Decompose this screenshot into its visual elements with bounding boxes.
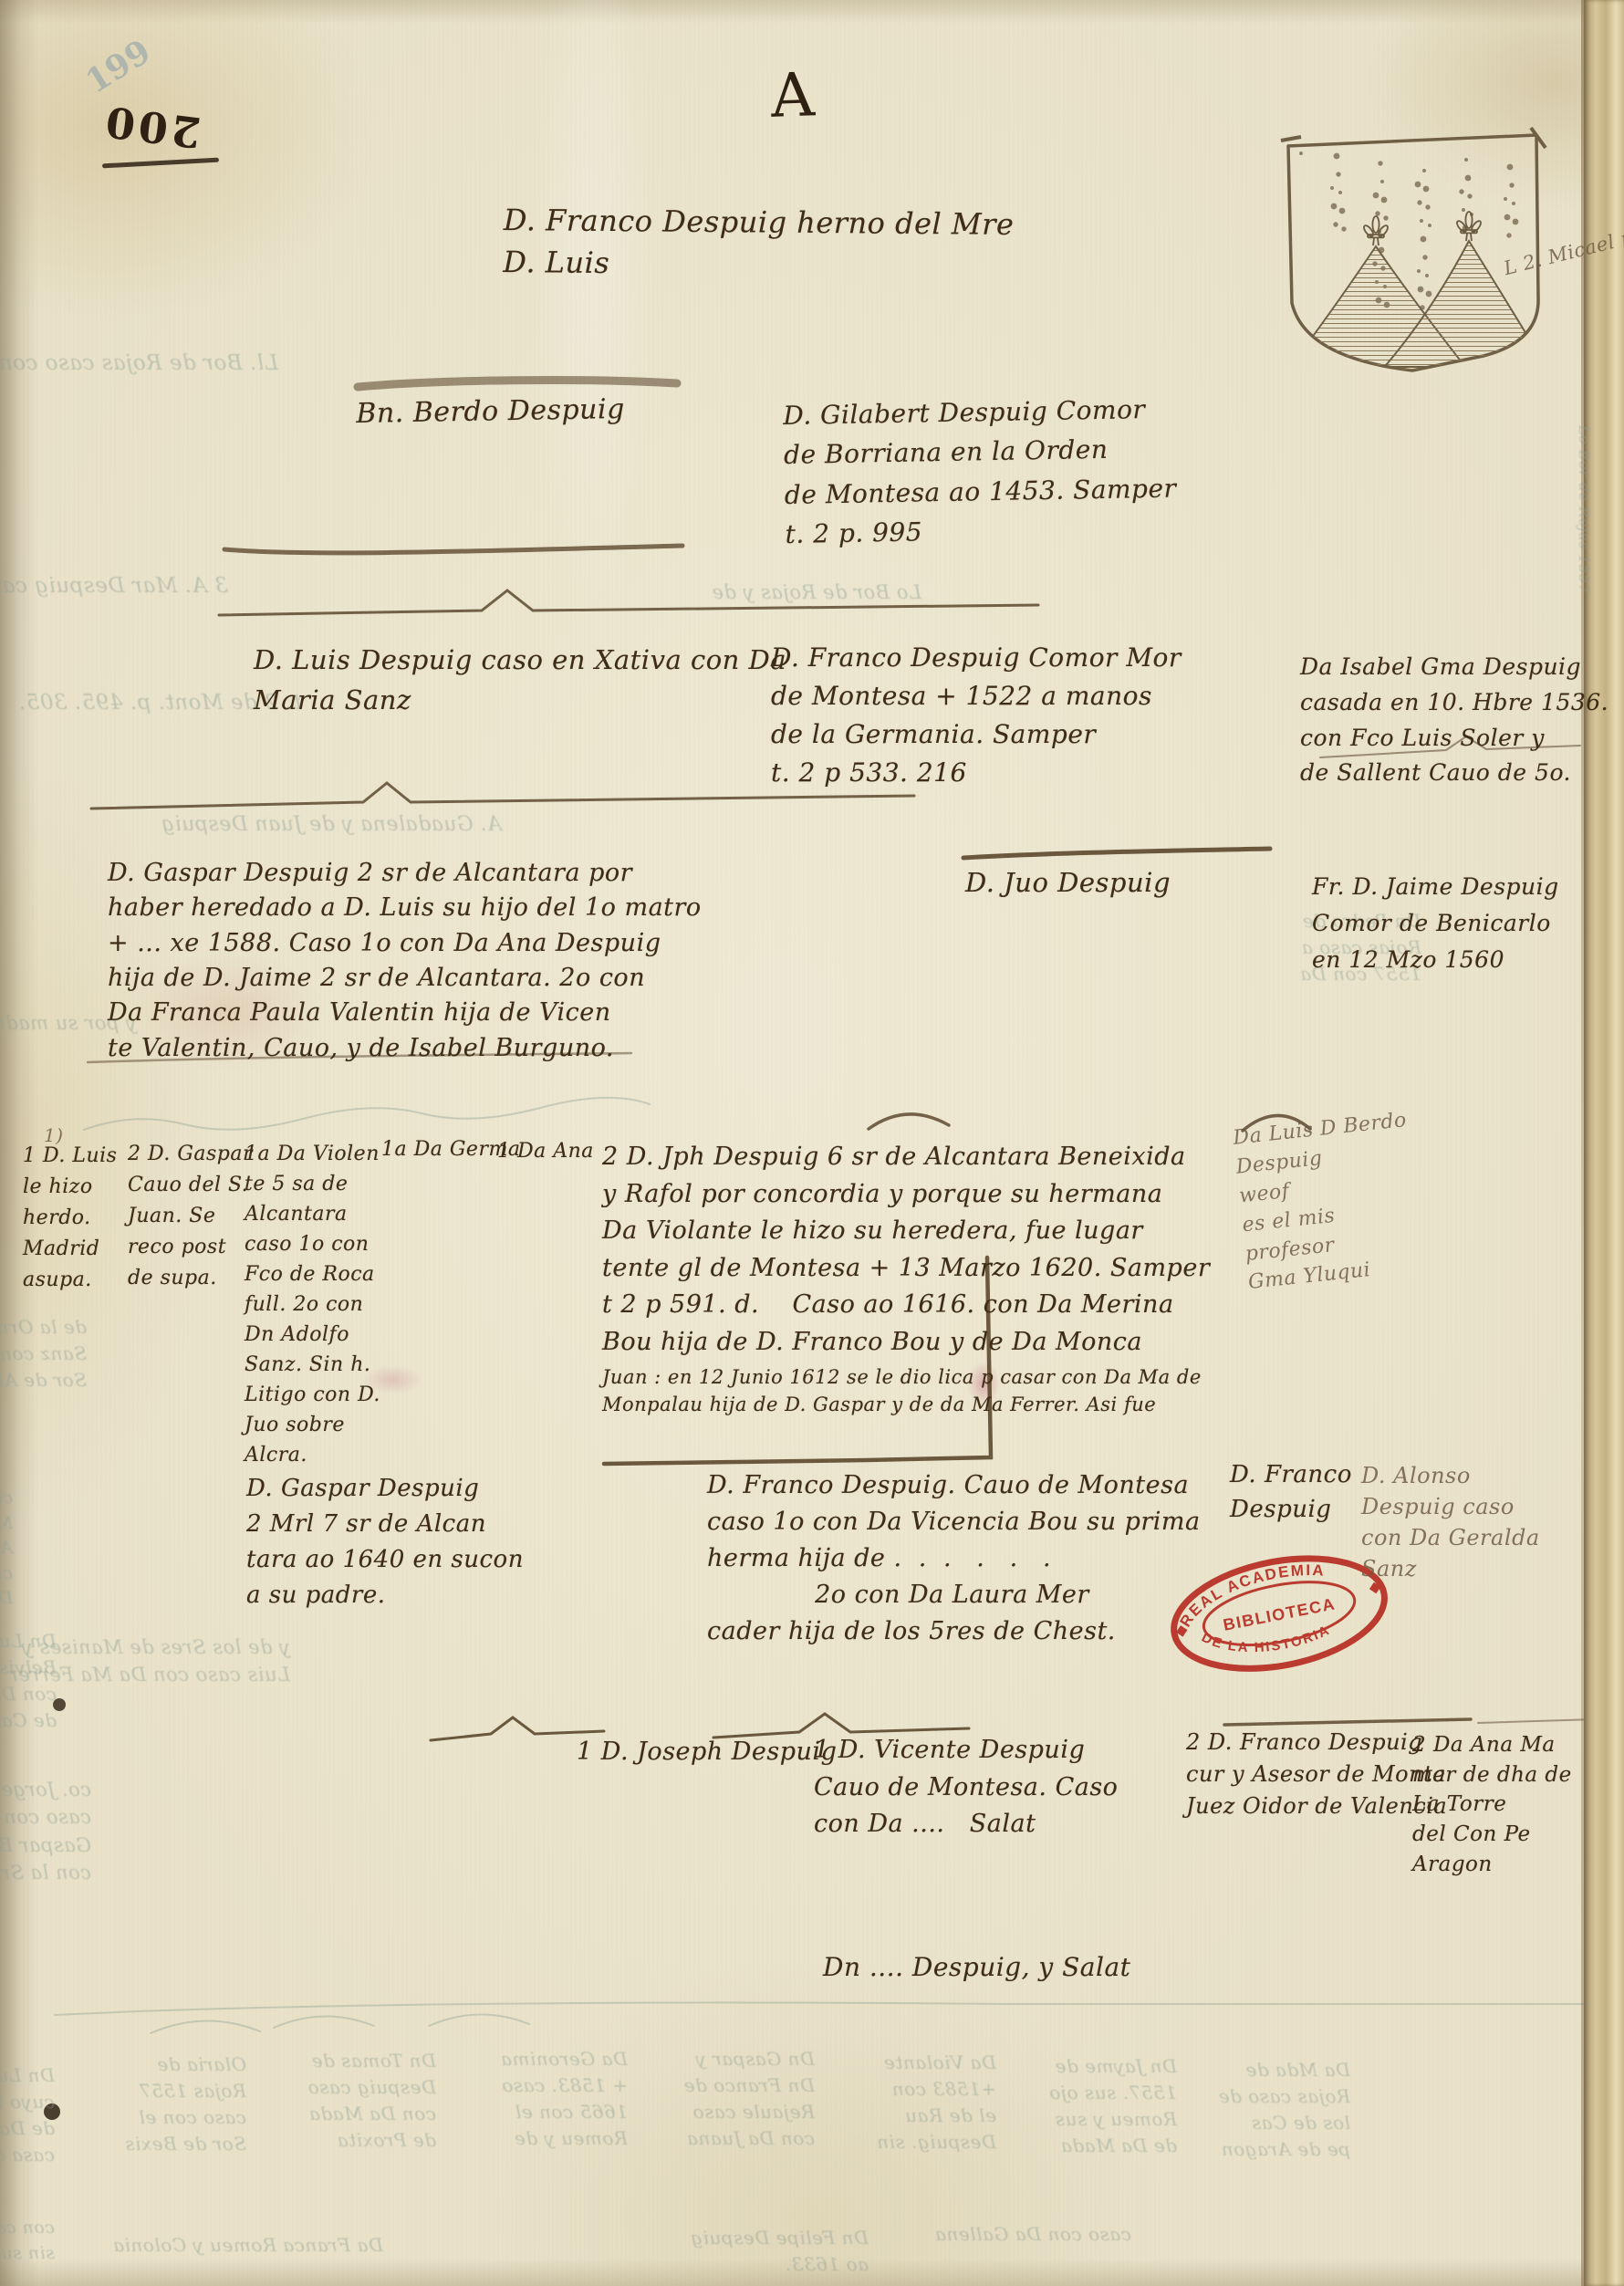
gen4-col2: 2 D. GasparCauo del S.Juan. Sereco postd… — [128, 1139, 245, 1294]
ghost-bottom-7: Dn Jayme de1557. sus ojoRomeu y susde Da… — [1004, 2053, 1177, 2159]
gen4-col4: 1a Da Germa — [381, 1135, 495, 1164]
ghost-belvis: co. Jorge Despuig + 1583.caso con Da Fra… — [0, 1776, 91, 1887]
ghost-binding-note: Lo Bor de Rojas 1557 — [1574, 425, 1595, 544]
margin-mark: 1) — [44, 1122, 80, 1149]
side-note: L 2. Micael p 310. — [1501, 204, 1624, 282]
ghost-bottom-11: con caudalessin subon — [0, 2216, 55, 2266]
gen3-mid: D. Juo Despuig — [965, 863, 1239, 902]
ghost-bottom-3: Dn Tomas deDespuig casocon Da Madade Pro… — [254, 2048, 436, 2154]
folio-number-faint: 199 — [79, 32, 158, 100]
gen4-col1: 1 D. Luisle hizoherdo.Madridasupa. — [23, 1141, 125, 1296]
ghost-bottom-6: Da Violante+1583 conel de RauDespuig. si… — [823, 2050, 996, 2156]
ghost-line-div1b: Lo Bor de Rojas y de — [602, 579, 921, 606]
gen4-col5: 1 Da Ana — [497, 1137, 598, 1166]
gen2-right: Da Isabel Gma Despuigcasada en 10. Hbre … — [1300, 650, 1606, 791]
gen6-col2: 1 D. Vicente DespuigCauo de Montesa. Cas… — [814, 1732, 1151, 1843]
gen2-mid: D. Franco Despuig Comor Morde Montesa + … — [771, 639, 1136, 792]
index-letter: A — [770, 59, 816, 131]
ghost-mid-low: y de los Sres de Manises yLuis caso con … — [0, 1634, 290, 1689]
page-edge-line — [1581, 0, 1584, 2286]
fleur-de-lis-icon — [1362, 212, 1483, 245]
ghost-bottom-9: Da Franca Romeu y Colonia — [91, 2232, 383, 2259]
ghost-col-left: caso deMexia yAragoncuyo hijoDn Luis — [0, 1486, 13, 1612]
folio-number: 200 — [99, 97, 203, 158]
gen5-left: D. Gaspar Despuig2 Mrl 7 sr de Alcantara… — [246, 1471, 547, 1613]
ghost-bottom-12: caso con Da Gallena — [912, 2221, 1131, 2248]
gen3-right: Fr. D. Jaime DespuigComor de Benicarloen… — [1312, 869, 1604, 978]
gen7-line: Dn .... Despuig, y Salat — [823, 1949, 1215, 1987]
manuscript-page: 199 200 A D. Franco Despuig herno del Mr… — [0, 0, 1624, 2286]
gen4-main: 2 D. Jph Despuig 6 sr de Alcantara Benei… — [602, 1139, 1232, 1361]
ghost-bottom-4: Da Geronima+ 1583. caso1665 con elRomeu … — [450, 2046, 628, 2152]
gen6-col3: 2 D. Franco Despuigcur y Asesor de Monta… — [1186, 1727, 1451, 1821]
gen3-left: D. Gaspar Despuig 2 sr de Alcantara porh… — [108, 856, 719, 1066]
ghost-bottom-8: Da Mda deRojas caso delos de Caspe de Ar… — [1168, 2057, 1350, 2163]
ghost-line-div1: 3 A. Mar Despuig caso con Lo Mar de — [0, 571, 228, 601]
gen4-col3: 1a Da Violente 5 sa deAlcantaracaso 1o c… — [245, 1139, 372, 1470]
ghost-line-top: Ll. Bor de Rojas caso con Da Beatriz — [0, 349, 278, 379]
page-title: D. Franco Despuig herno del Mre D. Luis — [503, 199, 1015, 288]
gen4-right-faint: Da Luis D BerdoDespuigweofes el misprofe… — [1232, 1104, 1445, 1299]
ghost-mid-left: de la OrnSanz con elSor de Alaq. — [0, 1314, 87, 1394]
ghost-bottom-1: Dn Luis Mexiacuyo la hijade Da Anacasa d… — [0, 2062, 55, 2168]
coat-of-arms-icon — [1274, 102, 1556, 385]
ghost-bottom-2: Olaria deRojas 1557caso con elSor de Bex… — [64, 2051, 246, 2157]
gen6-col4: 2 Da Ana Mamer de dha deLa Torredel Con … — [1412, 1730, 1599, 1879]
gen5-right2: D. AlonsoDespuig casocon Da GeraldaSanz — [1361, 1460, 1571, 1584]
gen5-mid: D. Franco Despuig. Cauo de Montesacaso 1… — [707, 1467, 1245, 1650]
gen4-main-small: Juan : en 12 Junio 1612 se le dio lica p… — [602, 1363, 1241, 1419]
ghost-bottom-5: Dn Gaspar yDn Franco deRejaule casocon D… — [632, 2046, 815, 2152]
gen2-left: D. Luis Despuig caso en Xativa con DaMar… — [254, 641, 774, 720]
folio-underline — [102, 158, 219, 169]
gen1-left: Bn. Berdo Despuig — [356, 389, 658, 433]
ghost-line-gen3: A. Guadalena y de Juan Despuig — [109, 810, 502, 840]
book-binding-edge — [1584, 0, 1624, 2286]
ghost-bottom-10: Dn Felipe Despuigao 1633. — [631, 2225, 869, 2278]
gen1-right: D. Gilabert Despuig Comorde Borriana en … — [783, 390, 1160, 555]
